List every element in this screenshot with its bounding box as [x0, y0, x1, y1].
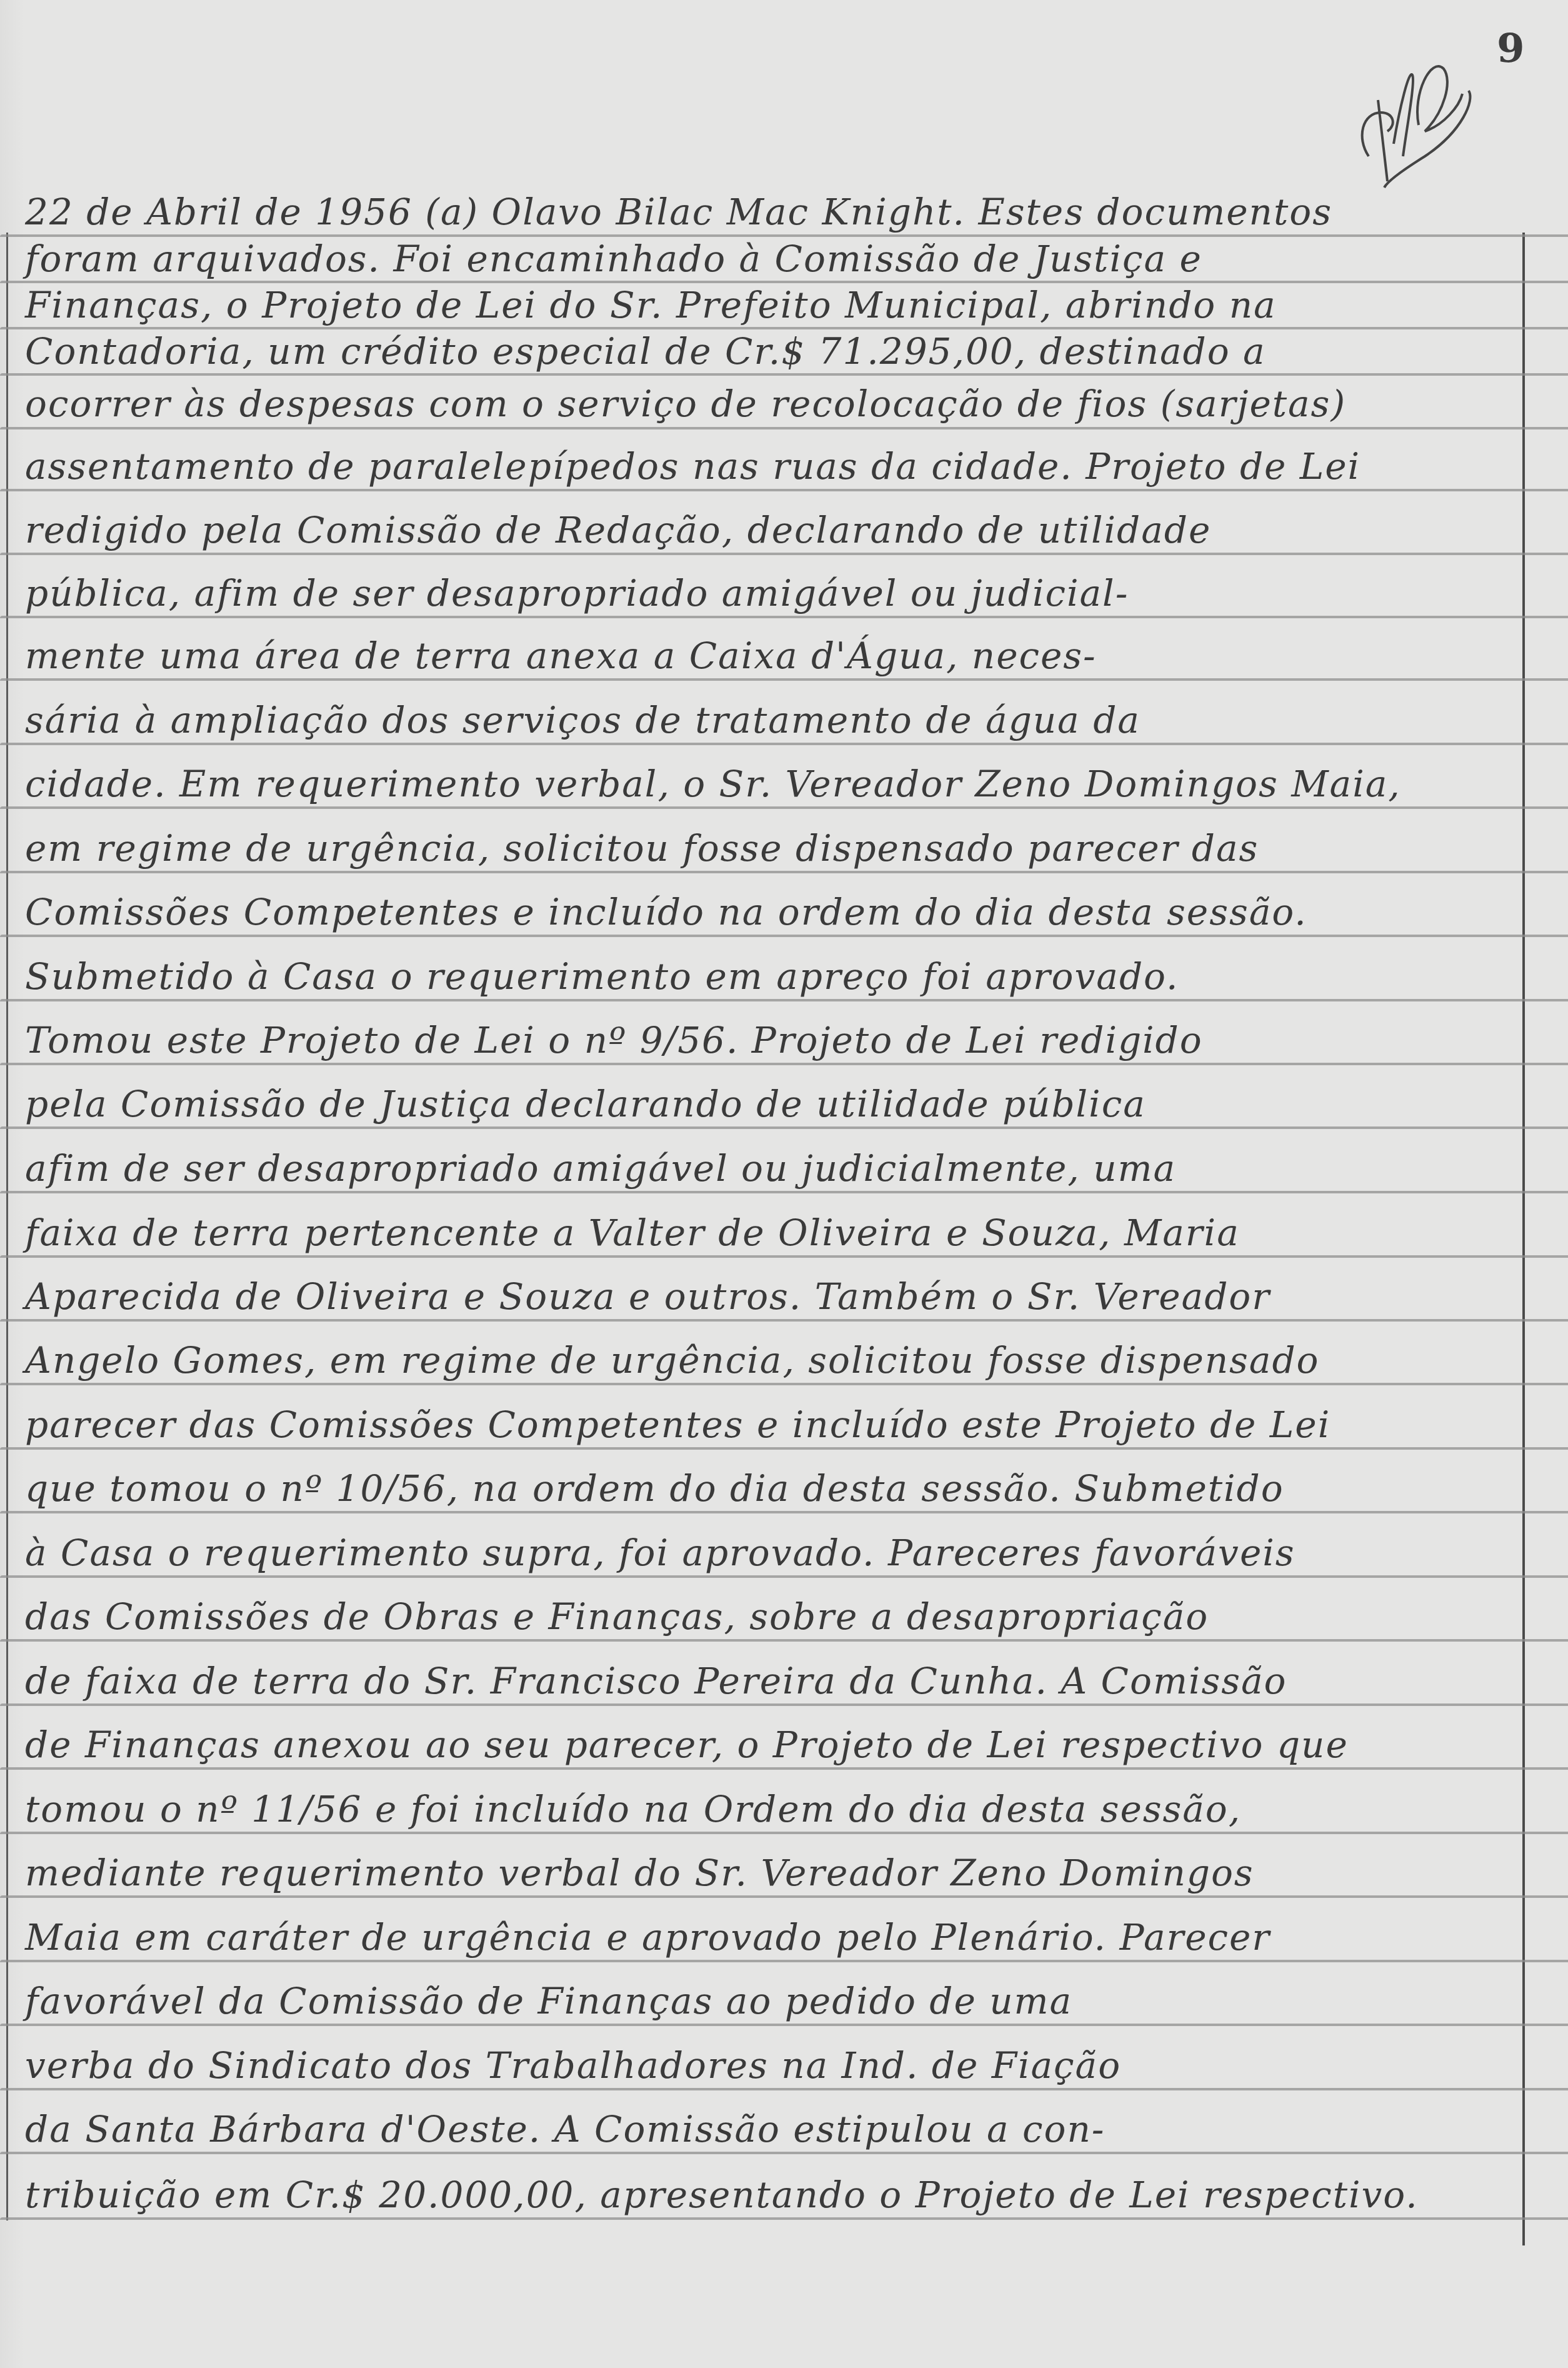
ruled-line: [0, 2217, 1568, 2220]
signature-initials-icon: [1350, 31, 1487, 194]
text-line: Tomou este Projeto de Lei o nº 9/56. Pro…: [25, 1019, 1512, 1061]
text-line: assentamento de paralelepípedos nas ruas…: [25, 445, 1512, 488]
text-line: redigido pela Comissão de Redação, decla…: [25, 509, 1512, 551]
ruled-line: [0, 743, 1568, 745]
text-line: 22 de Abril de 1956 (a) Olavo Bilac Mac …: [25, 191, 1512, 233]
ruled-line: [0, 1319, 1568, 1322]
right-margin-line: [1522, 233, 1525, 2245]
text-line: de faixa de terra do Sr. Francisco Perei…: [25, 1660, 1512, 1702]
text-line: sária à ampliação dos serviços de tratam…: [25, 699, 1512, 741]
text-line: verba do Sindicato dos Trabalhadores na …: [25, 2044, 1512, 2087]
ruled-line: [0, 678, 1568, 681]
text-line: ocorrer às despesas com o serviço de rec…: [25, 383, 1512, 425]
text-line: mediante requerimento verbal do Sr. Vere…: [25, 1852, 1512, 1894]
ruled-line: [0, 1126, 1568, 1129]
ruled-line: [0, 1639, 1568, 1642]
ruled-line: [0, 489, 1568, 491]
text-line: Angelo Gomes, em regime de urgência, sol…: [25, 1339, 1512, 1382]
text-line: Maia em caráter de urgência e aprovado p…: [25, 1916, 1512, 1959]
text-line: cidade. Em requerimento verbal, o Sr. Ve…: [25, 763, 1512, 805]
text-line: de Finanças anexou ao seu parecer, o Pro…: [25, 1723, 1512, 1766]
page-number: 9: [1497, 25, 1525, 72]
ruled-line: [0, 1960, 1568, 1962]
left-margin-line: [6, 233, 8, 2220]
ruled-line: [0, 1063, 1568, 1065]
text-line: pública, afim de ser desapropriado amigá…: [25, 572, 1512, 615]
ruled-line: [0, 1447, 1568, 1450]
text-line: foram arquivados. Foi encaminhado à Comi…: [25, 238, 1512, 280]
text-line: das Comissões de Obras e Finanças, sobre…: [25, 1595, 1512, 1638]
text-line: Finanças, o Projeto de Lei do Sr. Prefei…: [25, 284, 1512, 326]
ruled-line: [0, 616, 1568, 618]
ruled-paper-page: 9 22 de Abril de 1956 (a) Olavo Bilac Ma…: [0, 0, 1568, 2368]
ruled-line: [0, 373, 1568, 376]
text-line: favorável da Comissão de Finanças ao ped…: [25, 1980, 1512, 2022]
ruled-line: [0, 1895, 1568, 1898]
ruled-line: [0, 871, 1568, 873]
ruled-line: [0, 1511, 1568, 1513]
ruled-line: [0, 2152, 1568, 2154]
text-line: que tomou o nº 10/56, na ordem do dia de…: [25, 1467, 1512, 1510]
ruled-line: [0, 327, 1568, 329]
ruled-line: [0, 1255, 1568, 1258]
text-line: Comissões Competentes e incluído na orde…: [25, 891, 1512, 933]
text-line: parecer das Comissões Competentes e incl…: [25, 1403, 1512, 1446]
text-line: pela Comissão de Justiça declarando de u…: [25, 1083, 1512, 1125]
ruled-line: [0, 935, 1568, 937]
ruled-line: [0, 1383, 1568, 1385]
ruled-line: [0, 553, 1568, 555]
ruled-line: [0, 234, 1568, 237]
ruled-line: [0, 2024, 1568, 2026]
text-line: Contadoria, um crédito especial de Cr.$ …: [25, 330, 1512, 373]
text-line: afim de ser desapropriado amigável ou ju…: [25, 1147, 1512, 1190]
text-line: à Casa o requerimento supra, foi aprovad…: [25, 1532, 1512, 1574]
text-line: Submetido à Casa o requerimento em apreç…: [25, 955, 1512, 998]
ruled-line: [0, 1575, 1568, 1578]
ruled-line: [0, 1832, 1568, 1834]
text-line: tribuição em Cr.$ 20.000,00, apresentand…: [25, 2174, 1512, 2216]
ruled-line: [0, 1767, 1568, 1770]
ruled-line: [0, 1703, 1568, 1706]
text-line: em regime de urgência, solicitou fosse d…: [25, 827, 1512, 870]
text-line: mente uma área de terra anexa a Caixa d'…: [25, 635, 1512, 677]
ruled-line: [0, 427, 1568, 429]
ruled-line: [0, 806, 1568, 809]
text-line: tomou o nº 11/56 e foi incluído na Ordem…: [25, 1788, 1512, 1830]
ruled-line: [0, 1191, 1568, 1193]
text-line: Aparecida de Oliveira e Souza e outros. …: [25, 1275, 1512, 1318]
text-line: da Santa Bárbara d'Oeste. A Comissão est…: [25, 2108, 1512, 2150]
ruled-line: [0, 999, 1568, 1001]
ruled-line: [0, 281, 1568, 283]
text-line: faixa de terra pertencente a Valter de O…: [25, 1212, 1512, 1254]
ruled-line: [0, 2088, 1568, 2090]
